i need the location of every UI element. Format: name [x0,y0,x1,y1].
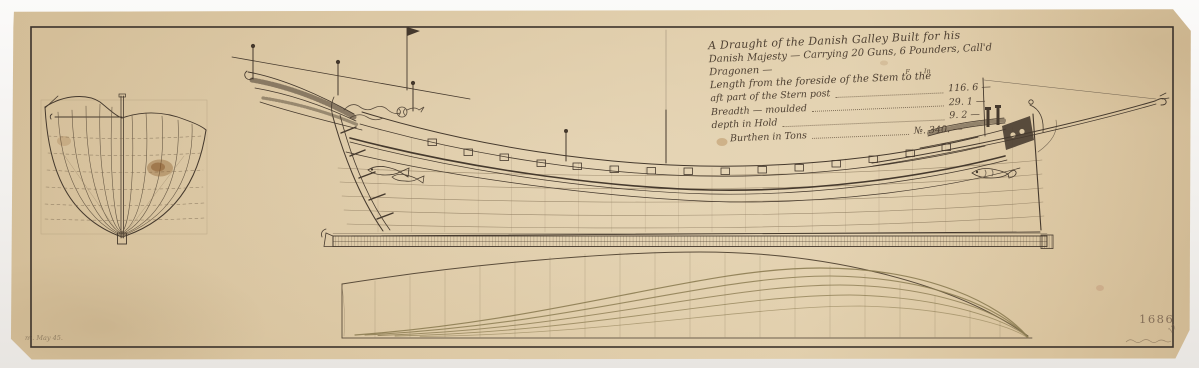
dotted-leader [812,134,909,139]
corner-note: nº. May 45. [25,334,63,342]
units-header: FIn [905,66,945,76]
boom-scroll-tip [1155,99,1166,106]
unit-inch: In [924,67,931,75]
fish-icon [392,174,424,183]
bow-flag-icon [407,27,420,36]
half-breadth-plan [342,252,1032,338]
profile-view [232,27,1169,249]
body-plan [41,94,207,244]
photo-backdrop: A Draught of the Danish Galley Built for… [0,0,1199,368]
unit-feet: F [905,68,910,76]
measurement-value: №. 340. — [914,123,966,138]
keel-scale-bar [322,229,1054,249]
measurement-value: 29. 1 — [949,94,1007,109]
measurement-value: 9. 2 — [949,108,1007,123]
catalog-number-stamp: 1686 [1139,312,1174,326]
ship-draught-drawing [0,0,1199,368]
beakhead-ornament [245,71,362,130]
measurement-value: 116. 6 — [948,81,1006,96]
title-block: A Draught of the Danish Galley Built for… [708,27,1008,146]
signature-squiggle [1126,340,1171,343]
